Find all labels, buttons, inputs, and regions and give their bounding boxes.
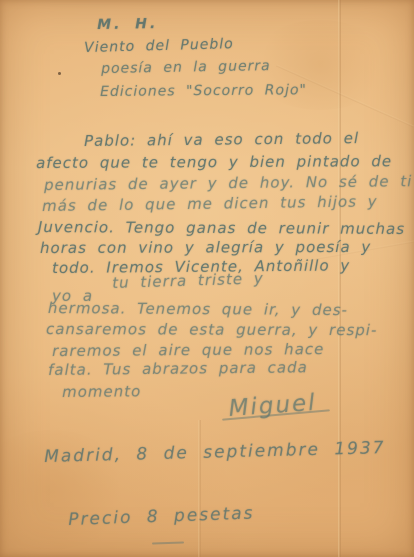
- handwritten-line: hermosa. Tenemos que ir, y des-: [48, 301, 348, 318]
- work-title: Viento del Pueblo: [84, 37, 234, 55]
- price-underline: [152, 541, 184, 544]
- edition-line: Ediciones "Socorro Rojo": [100, 83, 307, 99]
- handwritten-line: Juvencio. Tengo ganas de reunir muchas: [38, 220, 405, 237]
- handwritten-line: penurias de ayer y de hoy. No sé de ti: [44, 174, 412, 193]
- handwritten-line: más de lo que me dicen tus hijos y: [42, 194, 378, 214]
- handwritten-line: falta. Tus abrazos para cada: [48, 360, 308, 378]
- paper-crease-vertical-bottom: [198, 420, 201, 557]
- price-note: Precio 8 pesetas: [68, 505, 255, 528]
- handwritten-line: momento: [62, 384, 141, 400]
- handwritten-line: Pablo: ahí va eso con todo el: [84, 131, 359, 149]
- paper-speck: [58, 72, 61, 75]
- handwritten-line: raremos el aire que nos hace: [52, 342, 324, 359]
- author-initials: M. H.: [97, 17, 158, 32]
- handwritten-line: horas con vino y alegría y poesía y: [40, 240, 371, 256]
- handwritten-line: cansaremos de esta guerra, y respi-: [46, 322, 377, 338]
- handwritten-insert-line: tu tierra triste y: [112, 271, 264, 291]
- letter-page: M. H. Viento del Pueblo poesía en la gue…: [0, 0, 414, 557]
- handwritten-line: afecto que te tengo y bien pintado de: [36, 154, 392, 171]
- work-subtitle: poesía en la guerra: [101, 59, 271, 76]
